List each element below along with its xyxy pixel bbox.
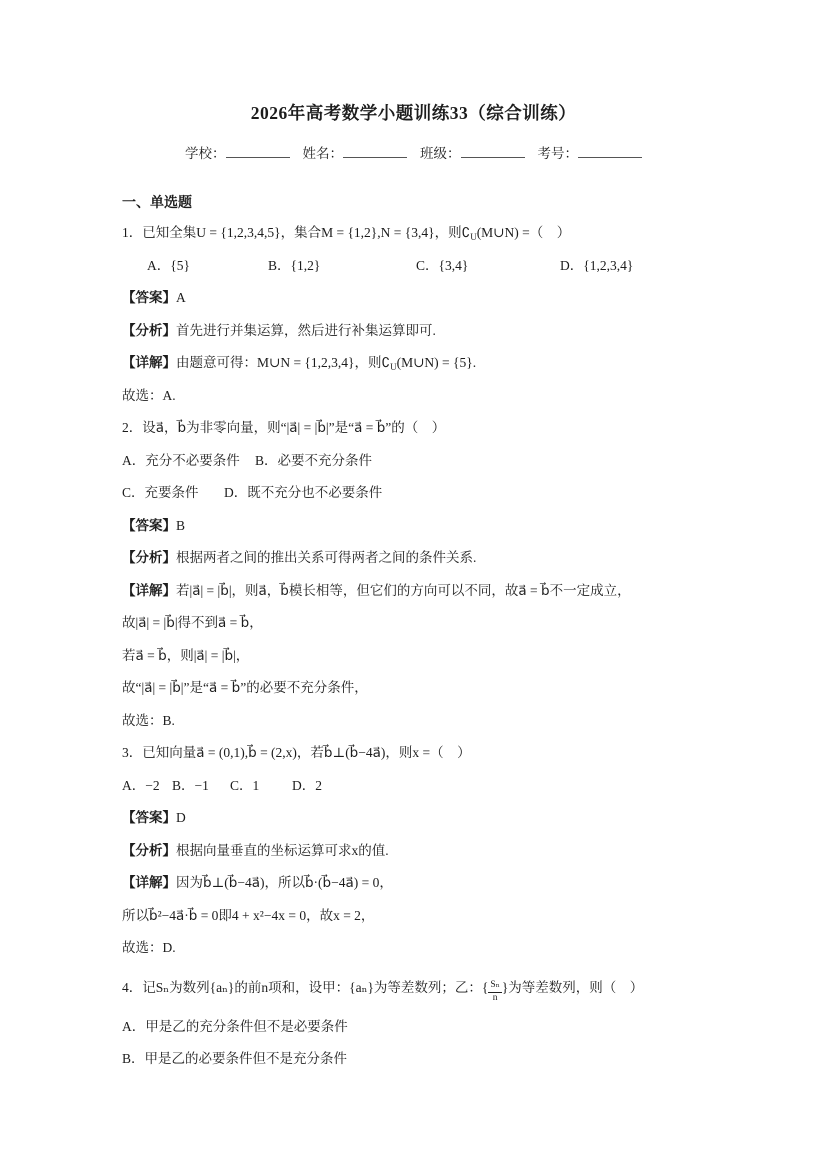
document-page: 2026年高考数学小题训练33（综合训练） 学校： 姓名： 班级： 考号： 一、…	[0, 0, 827, 1169]
field-school-label: 学校：	[185, 146, 226, 161]
q2-analysis-text: 根据两者之间的推出关系可得两者之间的条件关系.	[176, 550, 476, 565]
q1-stem-text: 1．已知全集U = {1,2,3,4,5}，集合M = {1,2},N = {3…	[122, 225, 470, 240]
q2-detail-line4: 故“|a⃗| = |b⃗|”是“a⃗ = b⃗”的必要不充分条件，	[122, 672, 717, 705]
q3-stem: 3．已知向量a⃗ = (0,1),b⃗ = (2,x)，若b⃗⊥(b⃗−4a⃗)…	[122, 737, 717, 770]
q3-detail-line1: 【详解】因为b⃗⊥(b⃗−4a⃗)，所以b⃗·(b⃗−4a⃗) = 0，	[122, 867, 717, 900]
q1-option-d: D．{1,2,3,4}	[560, 250, 717, 283]
q1-choose: 故选：A.	[122, 380, 717, 413]
q3-analysis: 【分析】根据向量垂直的坐标运算可求x的值.	[122, 835, 717, 868]
field-name-label: 姓名：	[303, 146, 344, 161]
q2-answer: 【答案】B	[122, 510, 717, 543]
q2-option-c: C．充要条件	[122, 477, 224, 510]
header-fields: 学校： 姓名： 班级： 考号：	[0, 142, 827, 165]
q3-option-a: A．−2	[122, 770, 172, 803]
detail-label: 【详解】	[122, 875, 176, 890]
q4-stem-text-end: }为等差数列，则（ ）	[502, 980, 643, 995]
q4-fraction-sn-over-n: Sₙn	[488, 980, 501, 1004]
field-exam-no: 考号：	[538, 142, 643, 165]
q2-detail-line1: 【详解】若|a⃗| = |b⃗|，则a⃗，b⃗模长相等，但它们的方向可以不同，故…	[122, 575, 717, 608]
field-school: 学校：	[185, 142, 290, 165]
q2-choose: 故选：B.	[122, 705, 717, 738]
analysis-label: 【分析】	[122, 323, 176, 338]
answer-label: 【答案】	[122, 810, 176, 825]
q2-detail-line3: 若a⃗ = b⃗，则|a⃗| = |b⃗|，	[122, 640, 717, 673]
q2-option-b: B．必要不充分条件	[255, 445, 717, 478]
q4-stem: 4．记Sₙ为数列{aₙ}的前n项和，设甲：{aₙ}为等差数列；乙：{Sₙn}为等…	[122, 965, 717, 1011]
q1-detail-text-end: (M∪N) = {5}.	[397, 355, 477, 370]
q4-stem-text: 4．记Sₙ为数列{aₙ}的前n项和，设甲：{aₙ}为等差数列；乙：{	[122, 980, 488, 995]
q1-options: A．{5} B．{1,2} C．{3,4} D．{1,2,3,4}	[122, 250, 717, 283]
q1-option-b: B．{1,2}	[268, 250, 416, 283]
q3-option-c: C．1	[230, 770, 292, 803]
q1-answer: 【答案】A	[122, 282, 717, 315]
q1-option-c: C．{3,4}	[416, 250, 560, 283]
q1-stem-text-end: (M∪N) =（ ）	[477, 225, 571, 240]
q3-detail-line2: 所以b⃗²−4a⃗·b⃗ = 0即4 + x²−4x = 0，故x = 2，	[122, 900, 717, 933]
field-name-blank	[343, 142, 407, 158]
q3-answer: 【答案】D	[122, 802, 717, 835]
q1-analysis-text: 首先进行并集运算，然后进行补集运算即可.	[176, 323, 436, 338]
page-title: 2026年高考数学小题训练33（综合训练）	[0, 100, 827, 126]
field-class-label: 班级：	[420, 146, 461, 161]
q4-fraction-denominator: n	[488, 993, 501, 1004]
q3-option-d: D．2	[292, 770, 717, 803]
q3-detail-text: 因为b⃗⊥(b⃗−4a⃗)，所以b⃗·(b⃗−4a⃗) = 0，	[176, 875, 393, 890]
q1-option-a: A．{5}	[147, 250, 268, 283]
analysis-label: 【分析】	[122, 843, 176, 858]
q1-detail: 【详解】由题意可得：M∪N = {1,2,3,4}，则∁U(M∪N) = {5}…	[122, 347, 717, 380]
q4-option-b: B．甲是乙的必要条件但不是充分条件	[122, 1043, 717, 1076]
q2-detail-line2: 故|a⃗| = |b⃗|得不到a⃗ = b⃗，	[122, 607, 717, 640]
field-exam-no-blank	[578, 142, 642, 158]
field-name: 姓名：	[303, 142, 408, 165]
q2-options-row2: C．充要条件 D．既不充分也不必要条件	[122, 477, 717, 510]
q2-options-row1: A．充分不必要条件 B．必要不充分条件	[122, 445, 717, 478]
q2-stem: 2．设a⃗，b⃗为非零向量，则“|a⃗| = |b⃗|”是“a⃗ = b⃗”的（…	[122, 412, 717, 445]
section-heading: 一、单选题	[122, 191, 717, 217]
answer-label: 【答案】	[122, 518, 176, 533]
q1-stem: 1．已知全集U = {1,2,3,4,5}，集合M = {1,2},N = {3…	[122, 217, 717, 250]
q1-detail-text: 由题意可得：M∪N = {1,2,3,4}，则∁	[176, 355, 390, 370]
q1-analysis: 【分析】首先进行并集运算，然后进行补集运算即可.	[122, 315, 717, 348]
field-exam-no-label: 考号：	[538, 146, 579, 161]
q2-detail-text: 若|a⃗| = |b⃗|，则a⃗，b⃗模长相等，但它们的方向可以不同，故a⃗ =…	[176, 583, 631, 598]
field-class: 班级：	[420, 142, 525, 165]
q2-answer-value: B	[176, 518, 185, 533]
document-body: 一、单选题 1．已知全集U = {1,2,3,4,5}，集合M = {1,2},…	[0, 191, 827, 1076]
field-class-blank	[461, 142, 525, 158]
analysis-label: 【分析】	[122, 550, 176, 565]
q3-choose: 故选：D.	[122, 932, 717, 965]
field-school-blank	[226, 142, 290, 158]
q2-option-d: D．既不充分也不必要条件	[224, 477, 717, 510]
q4-option-a: A．甲是乙的充分条件但不是必要条件	[122, 1011, 717, 1044]
q4-fraction-numerator: Sₙ	[488, 980, 501, 992]
q2-analysis: 【分析】根据两者之间的推出关系可得两者之间的条件关系.	[122, 542, 717, 575]
q1-answer-value: A	[176, 290, 186, 305]
q3-option-b: B．−1	[172, 770, 230, 803]
q2-option-a: A．充分不必要条件	[122, 445, 255, 478]
q3-options: A．−2 B．−1 C．1 D．2	[122, 770, 717, 803]
answer-label: 【答案】	[122, 290, 176, 305]
detail-label: 【详解】	[122, 583, 176, 598]
detail-label: 【详解】	[122, 355, 176, 370]
q3-analysis-text: 根据向量垂直的坐标运算可求x的值.	[176, 843, 389, 858]
q3-answer-value: D	[176, 810, 186, 825]
